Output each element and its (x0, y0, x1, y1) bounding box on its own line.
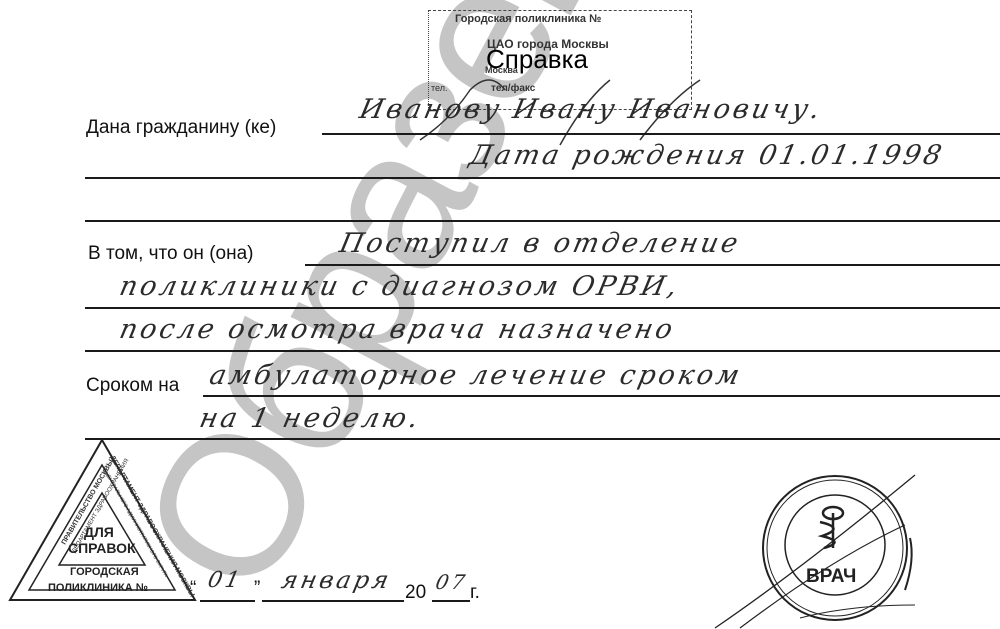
blank-line (85, 220, 1000, 222)
term-value-1[interactable]: амбулаторное лечение сроком (207, 362, 745, 389)
issued-to-label: Дана гражданину (ке) (86, 118, 276, 137)
statement-line-2 (85, 307, 1000, 309)
date-day[interactable]: 01 (206, 570, 245, 592)
issued-to-value-1[interactable]: Иванову Ивану Ивановичу. (357, 96, 825, 123)
doctor-stamp (700, 450, 1000, 629)
date-month[interactable]: января (279, 568, 393, 592)
doctor-stamp-label: ВРАЧ (806, 566, 856, 588)
date-open-quote: “ (190, 578, 196, 600)
triangle-center-line-2: СПРАВОК (68, 540, 136, 556)
statement-line-3 (85, 350, 1000, 352)
triangle-center-line-1: ДЛЯ (84, 524, 114, 540)
date-year-prefix: 20 (405, 582, 426, 604)
issued-to-value-2[interactable]: Дата рождения 01.01.1998 (467, 142, 947, 169)
statement-label: В том, что он (она) (88, 244, 253, 263)
date-year-line (432, 600, 470, 602)
statement-value-1[interactable]: Поступил в отделение (337, 230, 743, 257)
term-label: Сроком на (86, 376, 179, 395)
term-line-1 (203, 395, 1000, 397)
date-year-unit: г. (470, 582, 480, 604)
date-day-line (200, 600, 255, 602)
term-line-2 (85, 438, 1000, 440)
statement-line-1 (305, 264, 1000, 266)
date-year-suffix[interactable]: 07 (434, 572, 470, 592)
issued-to-line-2 (85, 177, 1000, 179)
issued-to-line-1 (322, 133, 1000, 135)
triangle-bottom-line-2: ПОЛИКЛИНИКА № (48, 582, 148, 594)
statement-value-2[interactable]: поликлиники с диагнозом ОРВИ, (117, 273, 682, 300)
statement-value-3[interactable]: после осмотра врача назначено (117, 316, 678, 343)
term-value-2[interactable]: на 1 неделю. (197, 405, 423, 432)
date-month-line (262, 600, 404, 602)
date-close-quote: ” (254, 578, 260, 600)
stamp-line-clinic: Городская поликлиника № (455, 13, 601, 25)
triangle-bottom-line-1: ГОРОДСКАЯ (70, 566, 139, 578)
